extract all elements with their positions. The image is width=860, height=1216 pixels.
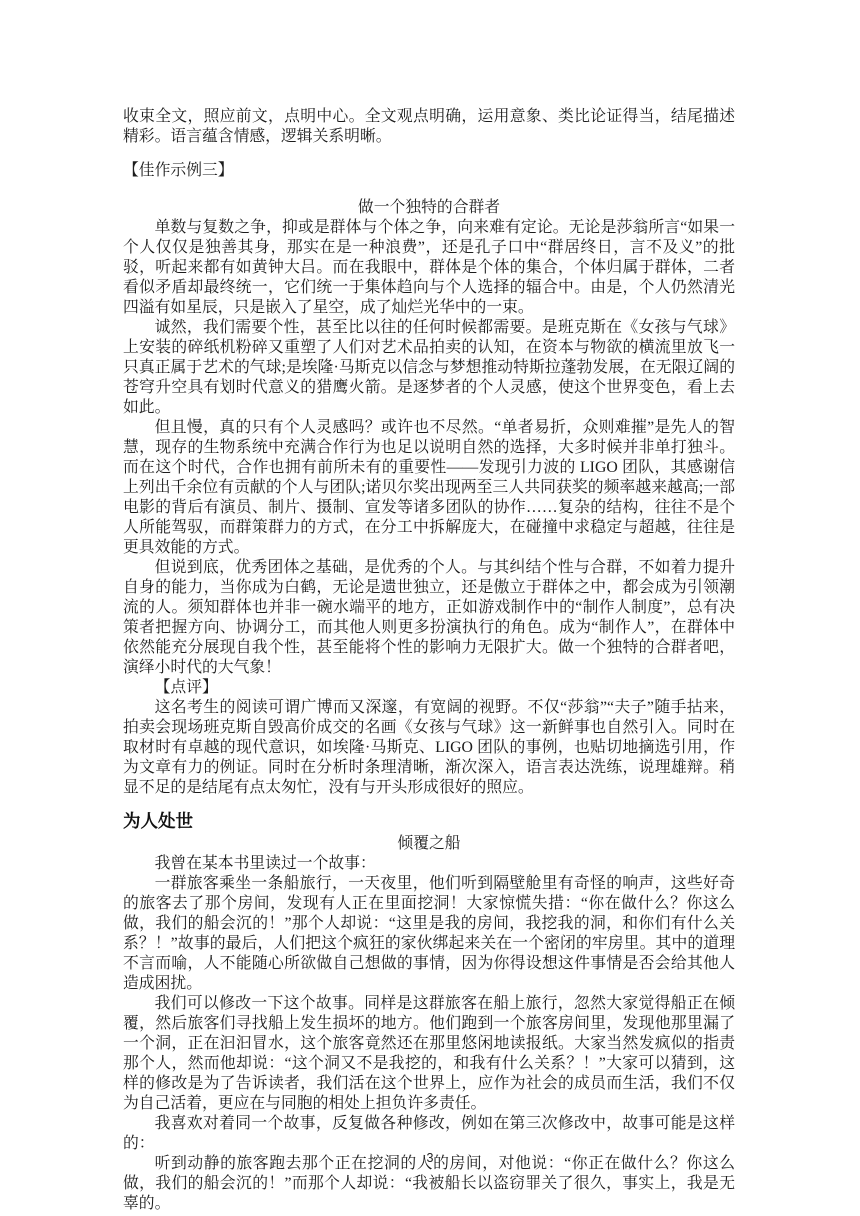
document-page: 收束全文，照应前文，点明中心。全文观点明确，运用意象、类比论证得当，结尾描述精彩… xyxy=(0,0,860,1216)
story-paragraph-3: 我们可以修改一下这个故事。同样是这群旅客在船上旅行，忽然大家觉得船正在倾覆，然后… xyxy=(123,994,735,1114)
essay-paragraph-3: 但且慢，真的只有个人灵感吗？或许也不尽然。“单者易折，众则难摧”是先人的智慧，现… xyxy=(123,418,735,558)
example-three-label: 【佳作示例三】 xyxy=(123,161,735,181)
essay-paragraph-2: 诚然，我们需要个性，甚至比以往的任何时候都需要。是班克斯在《女孩与气球》上安装的… xyxy=(123,318,735,418)
comment-paragraph: 这名考生的阅读可谓广博而又深邃，有宽阔的视野。不仅“莎翁”“夫子”随手拈来，拍卖… xyxy=(123,698,735,798)
page-number: 3 xyxy=(0,1148,860,1168)
comment-label: 【点评】 xyxy=(123,678,735,698)
essay-paragraph-4: 但说到底，优秀团体之基础，是优秀的个人。与其纠结个性与合群，不如着力提升自身的能… xyxy=(123,558,735,678)
story-paragraph-1: 我曾在某本书里读过一个故事： xyxy=(123,854,735,874)
story-paragraph-2: 一群旅客乘坐一条船旅行，一天夜里，他们听到隔壁舱里有奇怪的响声，这些好奇的旅客去… xyxy=(123,874,735,994)
section-heading: 为人处世 xyxy=(123,810,735,832)
conclusion-note: 收束全文，照应前文，点明中心。全文观点明确，运用意象、类比论证得当，结尾描述精彩… xyxy=(123,107,735,147)
essay-title: 做一个独特的合群者 xyxy=(123,198,735,218)
essay-paragraph-1: 单数与复数之争，抑或是群体与个体之争，向来难有定论。无论是莎翁所言“如果一个人仅… xyxy=(123,218,735,318)
story-title: 倾覆之船 xyxy=(123,834,735,854)
